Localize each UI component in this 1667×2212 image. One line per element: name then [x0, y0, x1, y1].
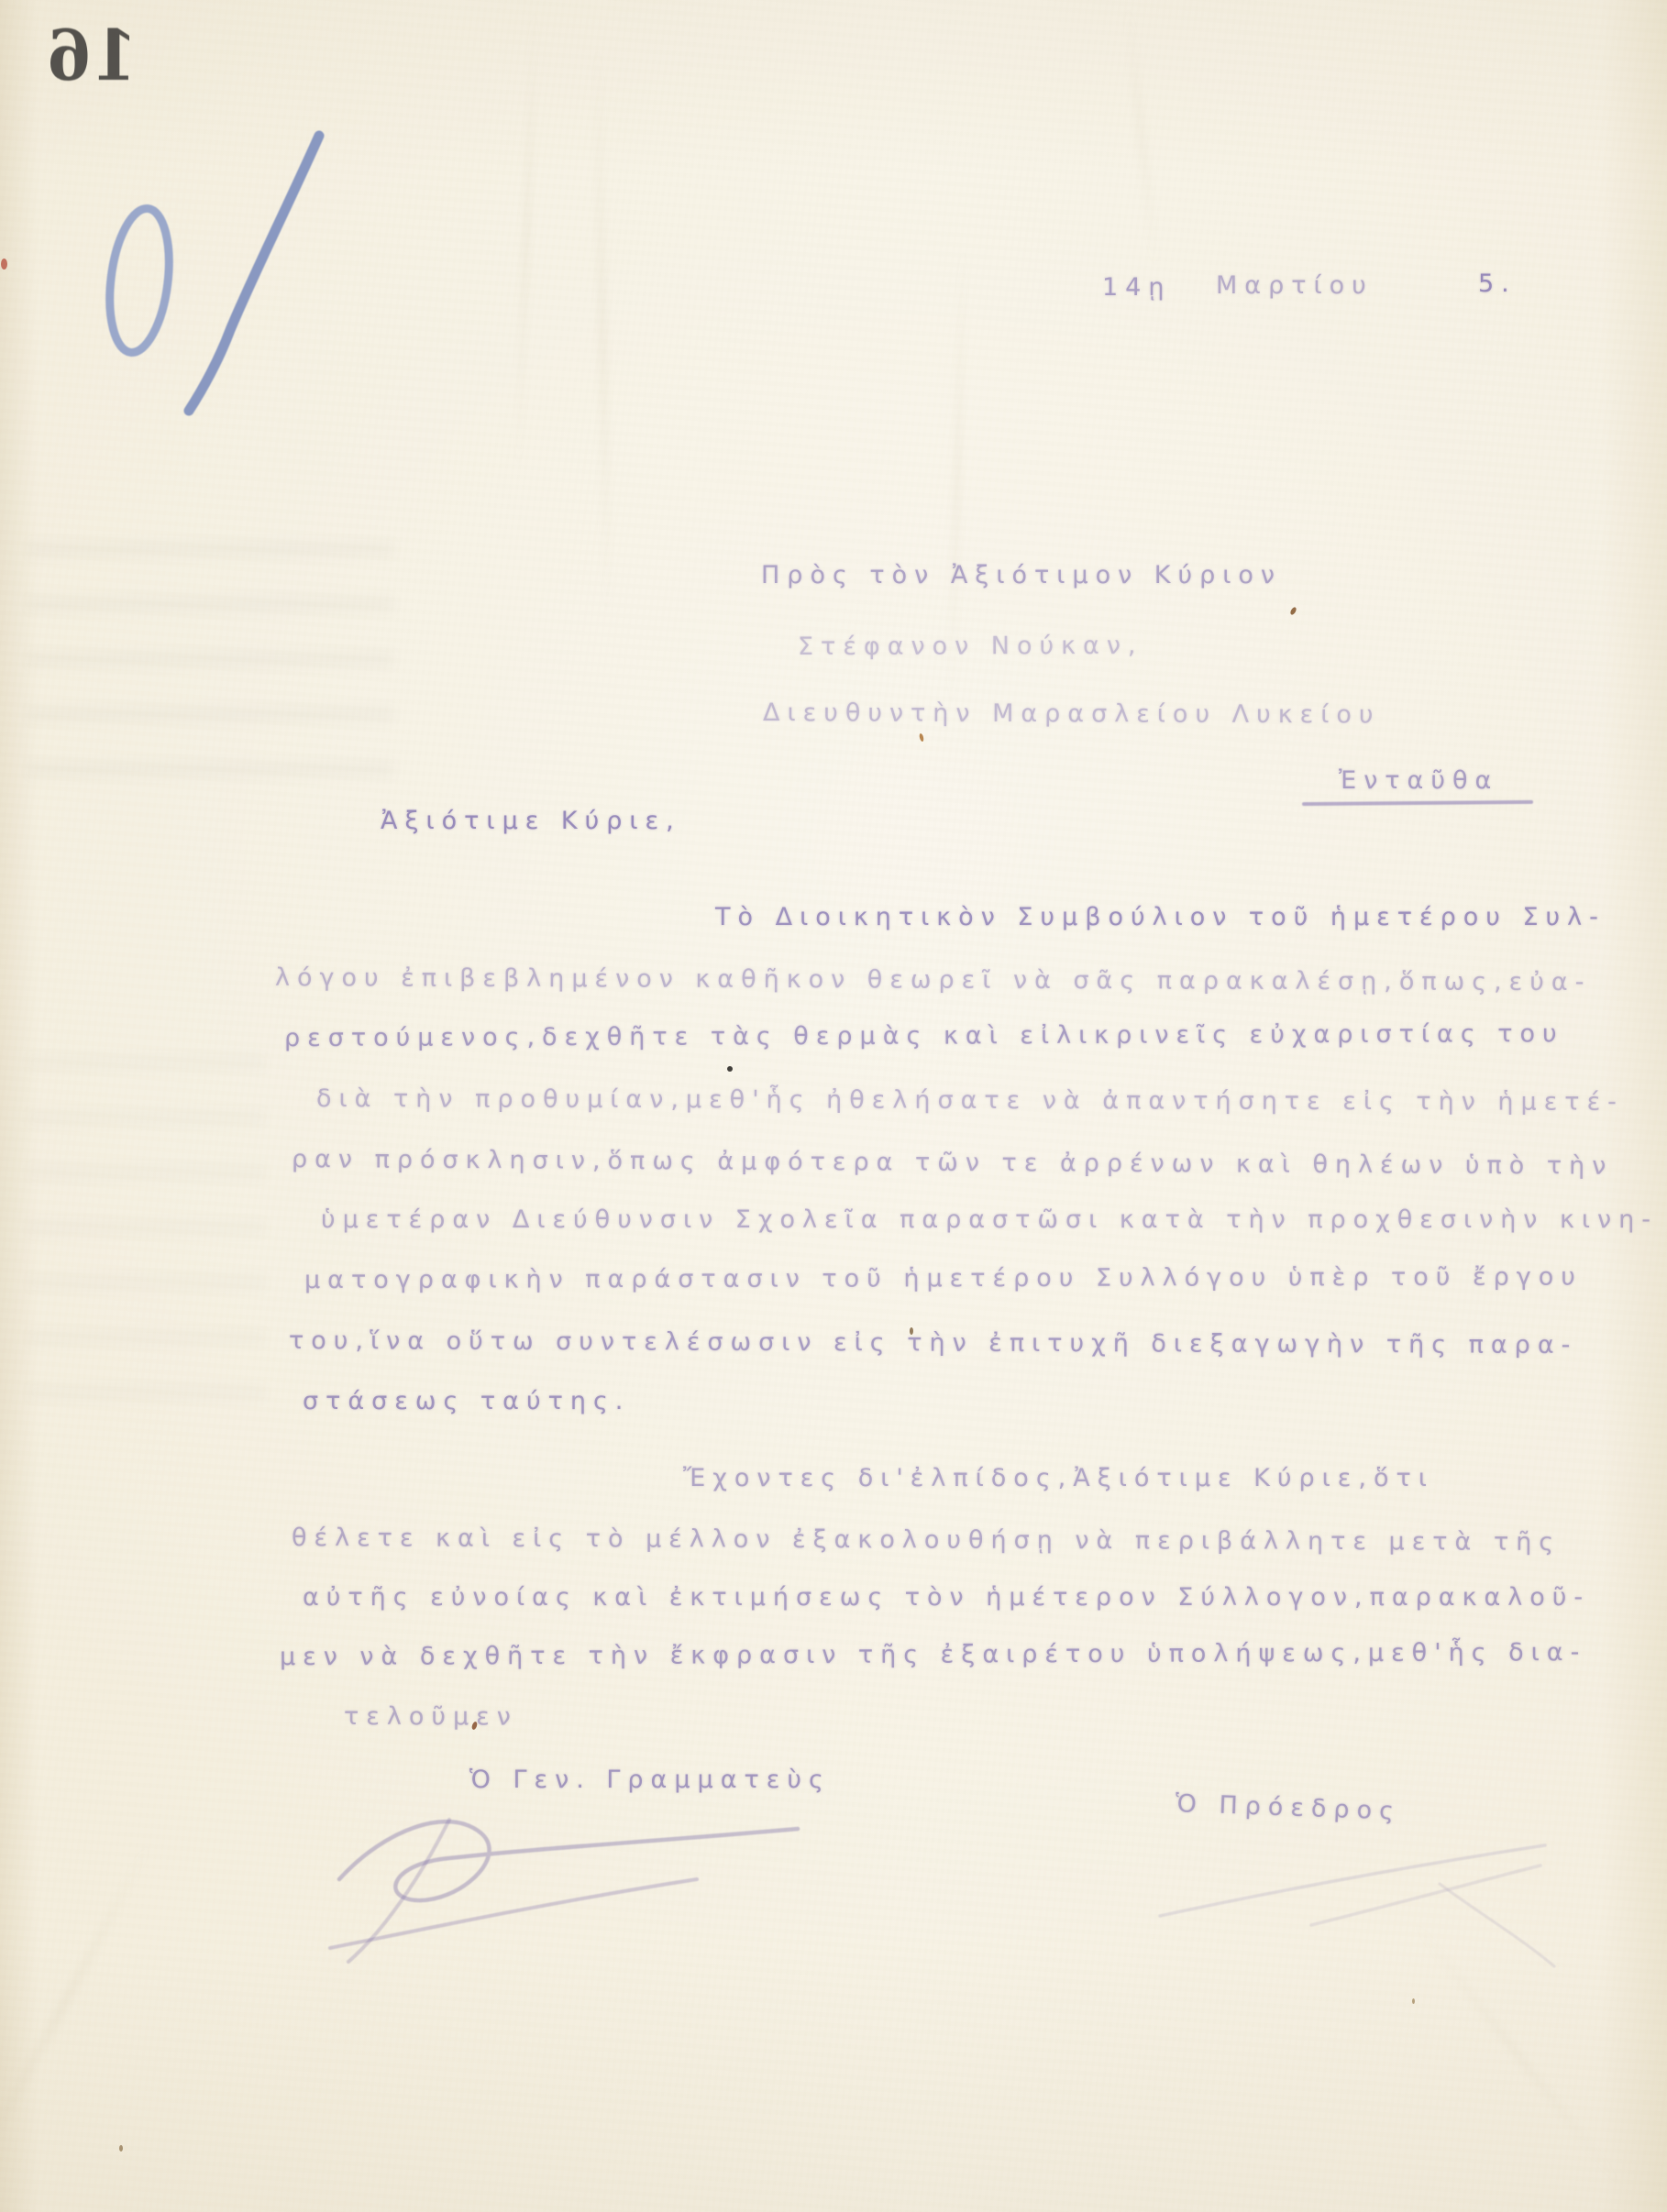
body-line: ραν πρόσκλησιν,ὅπως ἀμφότερα τῶν τε ἀρρέ…	[292, 1145, 1614, 1181]
paper-speck	[1, 259, 7, 270]
body-line: ὑμετέραν Διεύθυνσιν Σχολεῖα παραστῶσι κα…	[321, 1205, 1658, 1234]
president-signature	[1137, 1829, 1568, 1985]
paper-crease	[592, 37, 612, 623]
body-line: ματογραφικὴν παράστασιν τοῦ ἡμετέρου Συλ…	[304, 1262, 1583, 1294]
date-year: 5.	[1478, 270, 1517, 298]
recipient-line-3: Διευθυντὴν Μαρασλείου Λυκείου	[763, 699, 1381, 729]
salutation: Ἀξιότιμε Κύριε,	[381, 807, 681, 835]
recipient-location: Ἐνταῦθα	[1339, 766, 1498, 795]
body-line: λόγου ἐπιβεβλημένον καθῆκον θεωρεῖ νὰ σᾶ…	[275, 963, 1592, 996]
secretary-title: Ὁ Γεν. Γραμματεὺς	[469, 1766, 831, 1794]
paper-crease	[0, 1836, 156, 2188]
body-line: στάσεως ταύτης.	[303, 1387, 630, 1415]
letter-page: 16 14ῃ Μαρτίου 5. Πρὸς τὸν Ἀξιότιμον Κύρ…	[0, 0, 1667, 2212]
blue-pencil-mark	[92, 117, 348, 438]
body-line: διὰ τὴν προθυμίαν,μεθ'ἧς ἠθελήσατε νὰ ἀπ…	[316, 1084, 1624, 1117]
body-line: Τὸ Διοικητικὸν Συμβούλιον τοῦ ἡμετέρου Σ…	[715, 903, 1606, 931]
ink-bleedthrough-smudge	[28, 1054, 266, 1439]
paper-speck	[919, 733, 924, 743]
location-underline	[1302, 800, 1533, 806]
paper-crease	[1122, 0, 1160, 274]
paper-speck	[119, 2145, 123, 2151]
paper-crease	[514, 0, 538, 477]
date-day: 14ῃ	[1102, 273, 1171, 302]
date-month: Μαρτίου	[1216, 271, 1374, 300]
secretary-signature	[312, 1792, 825, 1975]
paper-speck	[1289, 606, 1297, 615]
president-title: Ὁ Πρόεδρος	[1175, 1789, 1401, 1826]
page-number-mirrored: 16	[46, 15, 137, 96]
paper-speck	[1412, 1998, 1415, 2004]
ink-bleedthrough-smudge	[28, 541, 394, 816]
paper-speck	[727, 1066, 733, 1072]
body-line: θέλετε καὶ εἰς τὸ μέλλον ἐξακολουθήσῃ νὰ…	[292, 1524, 1561, 1557]
recipient-line-2: Στέφανον Νούκαν,	[798, 632, 1143, 661]
body-line: τελοῦμεν	[344, 1702, 518, 1731]
body-line: ρεστούμενος,δεχθῆτε τὰς θερμὰς καὶ εἰλικ…	[284, 1019, 1564, 1052]
body-line: Ἔχοντες δι'ἐλπίδος,Ἀξιότιμε Κύριε,ὅτι	[683, 1464, 1434, 1492]
recipient-line-1: Πρὸς τὸν Ἀξιότιμον Κύριον	[761, 561, 1282, 589]
body-line: αὐτῆς εὐνοίας καὶ ἐκτιμήσεως τὸν ἡμέτερο…	[303, 1583, 1590, 1612]
body-line: του,ἵνα οὕτω συντελέσωσιν εἰς τὴν ἐπιτυχ…	[289, 1326, 1577, 1359]
body-line: μεν νὰ δεχθῆτε τὴν ἔκφρασιν τῆς ἐξαιρέτο…	[280, 1638, 1586, 1671]
